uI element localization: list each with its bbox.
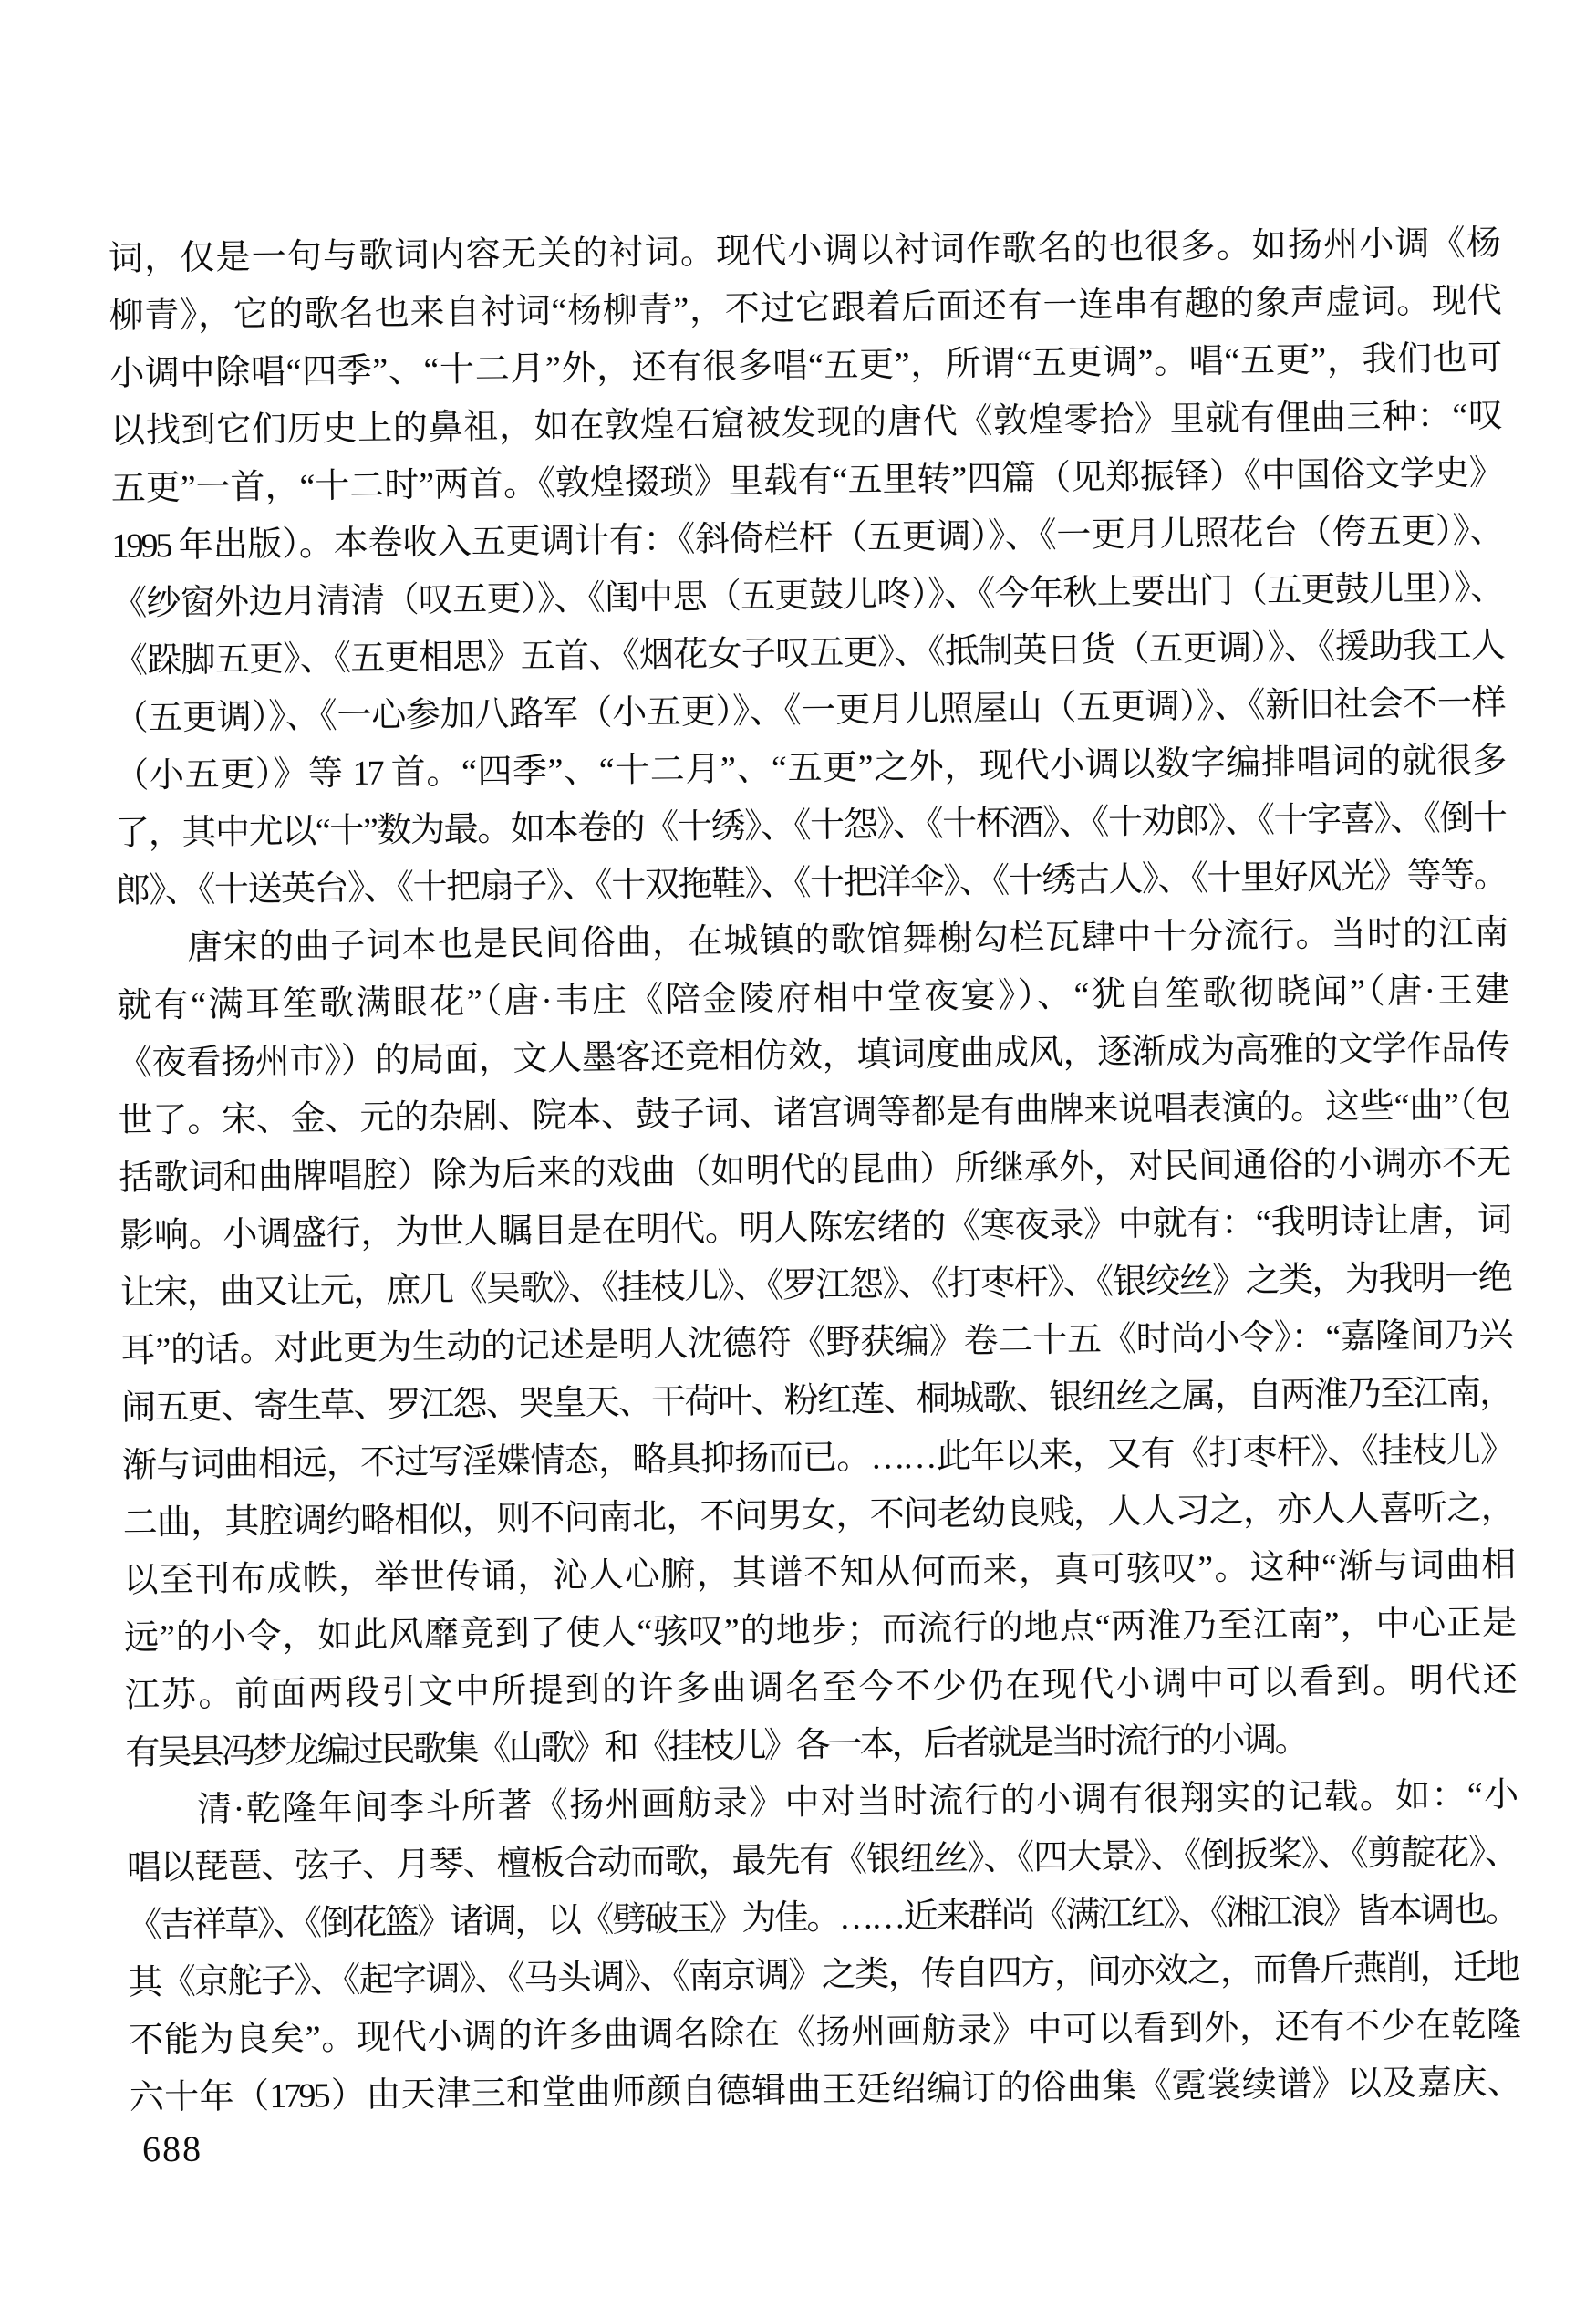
text-block: 词，仅是一句与歌词内容无关的衬词。现代小调以衬词作歌名的也很多。如扬州小调《杨柳… <box>109 215 1519 2127</box>
page-number: 688 <box>142 2127 202 2170</box>
page: 词，仅是一句与歌词内容无关的衬词。现代小调以衬词作歌名的也很多。如扬州小调《杨柳… <box>0 0 1596 2298</box>
